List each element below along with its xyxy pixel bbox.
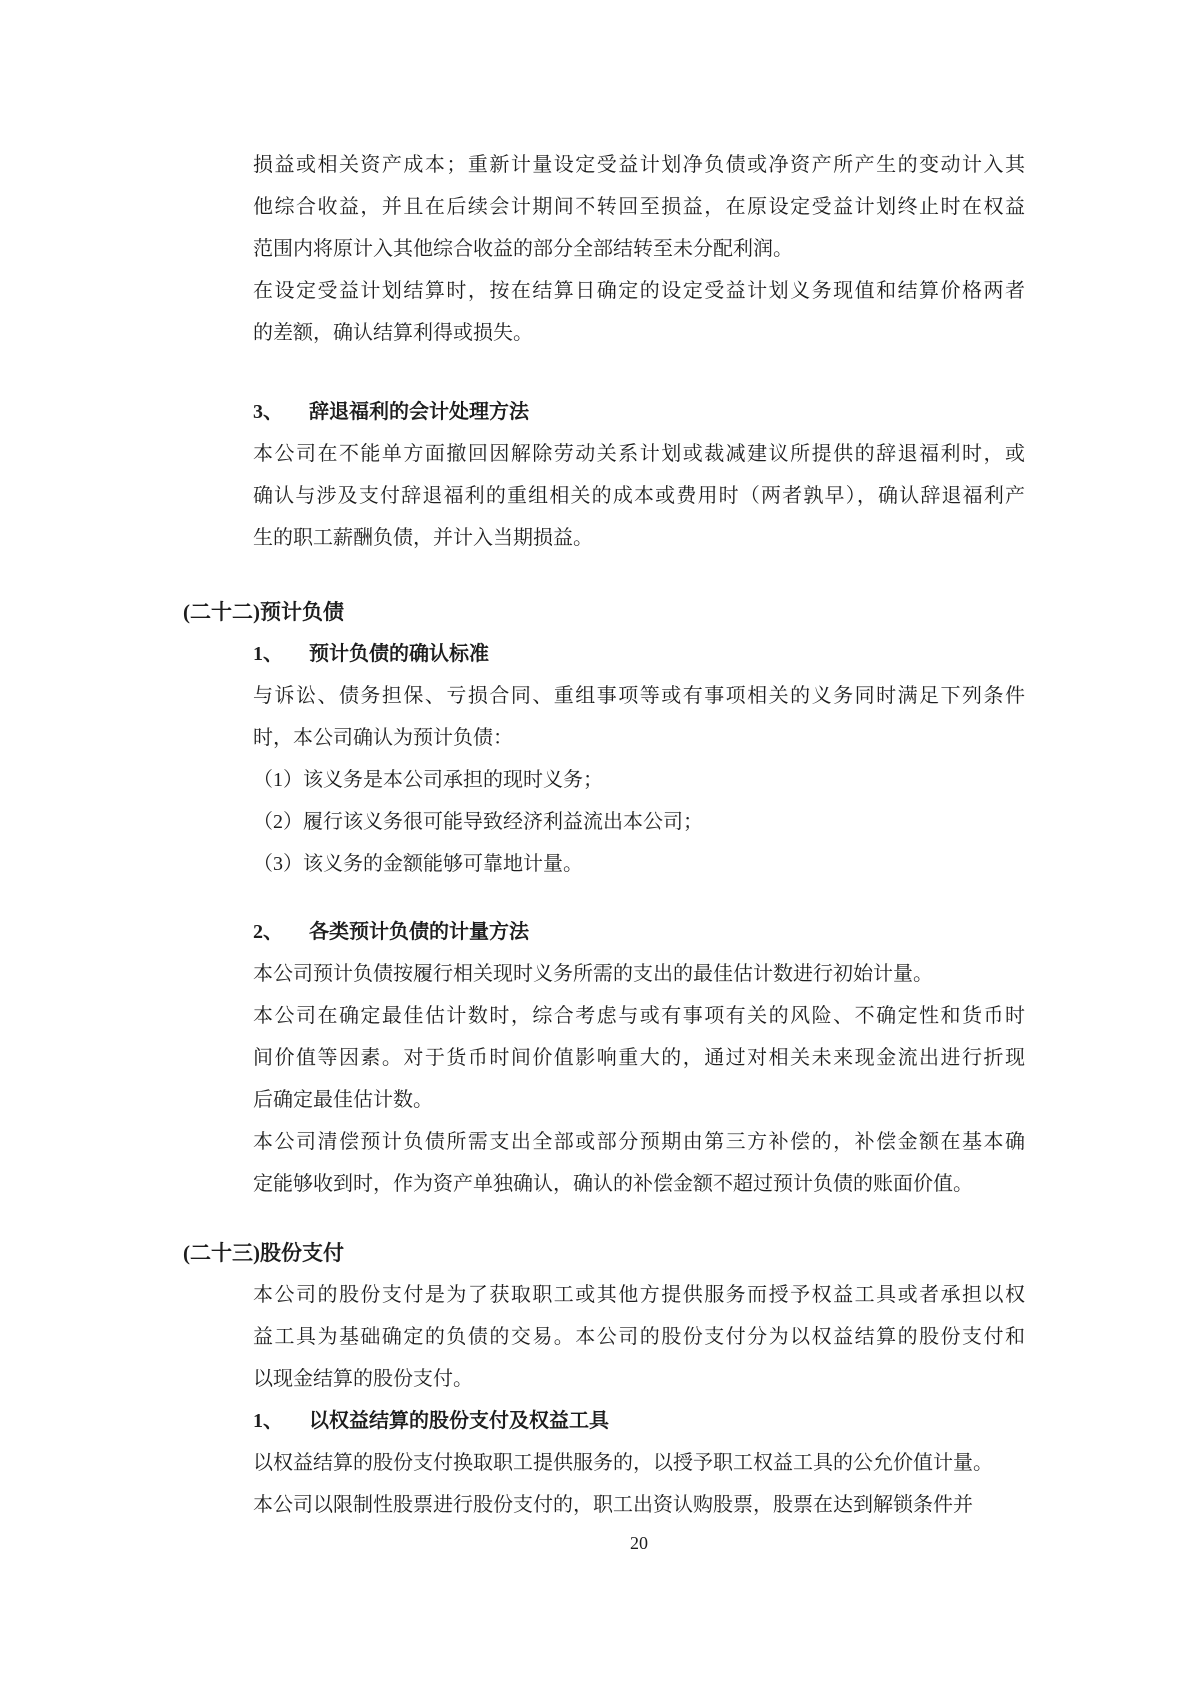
text-line: 他综合收益，并且在后续会计期间不转回至损益，在原设定受益计划终止时在权益: [253, 186, 1025, 228]
heading-title: 以权益结算的股份支付及权益工具: [309, 1410, 609, 1432]
text-line: 范围内将原计入其他综合收益的部分全部结转至未分配利润。: [253, 228, 1025, 270]
text-line: 以现金结算的股份支付。: [253, 1358, 1025, 1400]
text-line: 本公司清偿预计负债所需支出全部或部分预期由第三方补偿的，补偿金额在基本确: [253, 1121, 1025, 1163]
text-line: 生的职工薪酬负债，并计入当期损益。: [253, 517, 1025, 559]
text-line: 损益或相关资产成本；重新计量设定受益计划净负债或净资产所产生的变动计入其: [253, 144, 1025, 186]
heading-title: 辞退福利的会计处理方法: [309, 401, 529, 423]
text-line: 本公司的股份支付是为了获取职工或其他方提供服务而授予权益工具或者承担以权: [253, 1274, 1025, 1316]
text-line: 在设定受益计划结算时，按在结算日确定的设定受益计划义务现值和结算价格两者: [253, 270, 1025, 312]
text-line: 时，本公司确认为预计负债：: [253, 717, 1025, 759]
heading-number: 2、: [253, 911, 309, 953]
text-line: 本公司在确定最佳估计数时，综合考虑与或有事项有关的风险、不确定性和货币时: [253, 995, 1025, 1037]
paragraph-share-payment: 本公司的股份支付是为了获取职工或其他方提供服务而授予权益工具或者承担以权益工具为…: [253, 1274, 1025, 1400]
paragraph-settlement: 在设定受益计划结算时，按在结算日确定的设定受益计划义务现值和结算价格两者的差额，…: [253, 270, 1025, 354]
paragraph-best-estimate: 本公司在确定最佳估计数时，综合考虑与或有事项有关的风险、不确定性和货币时间价值等…: [253, 995, 1025, 1121]
text-line: 与诉讼、债务担保、亏损合同、重组事项等或有事项相关的义务同时满足下列条件: [253, 675, 1025, 717]
text-line: 益工具为基础确定的负债的交易。本公司的股份支付分为以权益结算的股份支付和: [253, 1316, 1025, 1358]
text-line: 后确定最佳估计数。: [253, 1079, 1025, 1121]
heading-measurement-method: 2、各类预计负债的计量方法: [253, 911, 1025, 953]
paragraph-equity-measure: 以权益结算的股份支付换取职工提供服务的，以授予职工权益工具的公允价值计量。: [253, 1442, 1025, 1484]
heading-number: 1、: [253, 1400, 309, 1442]
paragraph-restricted-stock: 本公司以限制性股票进行股份支付的，职工出资认购股票，股票在达到解锁条件并: [253, 1484, 1025, 1526]
page-number: 20: [253, 1525, 1025, 1561]
condition-item-2: （2）履行该义务很可能导致经济利益流出本公司；: [253, 801, 1025, 843]
paragraph-benefit-plan: 损益或相关资产成本；重新计量设定受益计划净负债或净资产所产生的变动计入其他综合收…: [253, 144, 1025, 270]
text-line: 本公司以限制性股票进行股份支付的，职工出资认购股票，股票在达到解锁条件并: [253, 1484, 1025, 1526]
heading-number: 3、: [253, 391, 309, 433]
text-line: 间价值等因素。对于货币时间价值影响重大的，通过对相关未来现金流出进行折现: [253, 1037, 1025, 1079]
text-line: 本公司预计负债按履行相关现时义务所需的支出的最佳估计数进行初始计量。: [253, 953, 1025, 995]
condition-list: （1）该义务是本公司承担的现时义务； （2）履行该义务很可能导致经济利益流出本公…: [253, 759, 1025, 885]
text-line: 的差额，确认结算利得或损失。: [253, 312, 1025, 354]
text-line: 本公司在不能单方面撤回因解除劳动关系计划或裁减建议所提供的辞退福利时，或: [253, 433, 1025, 475]
content-area: 损益或相关资产成本；重新计量设定受益计划净负债或净资产所产生的变动计入其他综合收…: [253, 144, 1025, 1526]
heading-title: 各类预计负债的计量方法: [309, 921, 529, 943]
heading-termination-benefits: 3、辞退福利的会计处理方法: [253, 391, 1025, 433]
paragraph-reimbursement: 本公司清偿预计负债所需支出全部或部分预期由第三方补偿的，补偿金额在基本确定能够收…: [253, 1121, 1025, 1205]
condition-item-1: （1）该义务是本公司承担的现时义务；: [253, 759, 1025, 801]
paragraph-termination: 本公司在不能单方面撤回因解除劳动关系计划或裁减建议所提供的辞退福利时，或确认与涉…: [253, 433, 1025, 559]
heading-title: 预计负债的确认标准: [309, 643, 489, 665]
paragraph-initial-measure: 本公司预计负债按履行相关现时义务所需的支出的最佳估计数进行初始计量。: [253, 953, 1025, 995]
document-page: 损益或相关资产成本；重新计量设定受益计划净负债或净资产所产生的变动计入其他综合收…: [0, 0, 1200, 1696]
heading-recognition-criteria: 1、预计负债的确认标准: [253, 633, 1025, 675]
heading-equity-settled: 1、以权益结算的股份支付及权益工具: [253, 1400, 1025, 1442]
text-line: 确认与涉及支付辞退福利的重组相关的成本或费用时（两者孰早），确认辞退福利产: [253, 475, 1025, 517]
heading-number: 1、: [253, 633, 309, 675]
section-heading-22: (二十二)预计负债: [183, 591, 1025, 633]
paragraph-recognition: 与诉讼、债务担保、亏损合同、重组事项等或有事项相关的义务同时满足下列条件时，本公…: [253, 675, 1025, 759]
text-line: 定能够收到时，作为资产单独确认，确认的补偿金额不超过预计负债的账面价值。: [253, 1163, 1025, 1205]
condition-item-3: （3）该义务的金额能够可靠地计量。: [253, 843, 1025, 885]
text-line: 以权益结算的股份支付换取职工提供服务的，以授予职工权益工具的公允价值计量。: [253, 1442, 1025, 1484]
section-heading-23: (二十三)股份支付: [183, 1232, 1025, 1274]
